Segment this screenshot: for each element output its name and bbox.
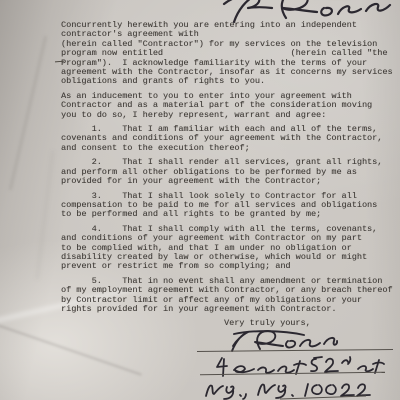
signature-line: [197, 349, 393, 352]
paper-crease: [36, 150, 54, 279]
closing-salutation: Very truly yours,: [224, 319, 398, 328]
letter-body: Concurrently herewith you are entering i…: [61, 21, 398, 329]
paragraph-intro: Concurrently herewith you are entering i…: [61, 21, 398, 87]
document-page: Concurrently herewith you are entering i…: [0, 0, 400, 400]
paragraph-clause-3: 3. That I shall look solely to Contracto…: [61, 192, 398, 220]
city-zip-line: [280, 395, 366, 399]
paragraph-clause-1: 1. That I am familiar with each and all …: [61, 125, 398, 153]
paragraph-clause-5: 5. That in no event shall any amendment …: [61, 277, 398, 315]
paragraph-clause-2: 2. That I shall render all services, gra…: [61, 158, 398, 186]
paragraph-clause-4: 4. That I shall comply with all the term…: [61, 225, 398, 272]
paragraph-inducement: As an inducement to you to enter into yo…: [61, 92, 398, 120]
address-line: [200, 372, 385, 376]
paper-crease: [9, 36, 46, 190]
